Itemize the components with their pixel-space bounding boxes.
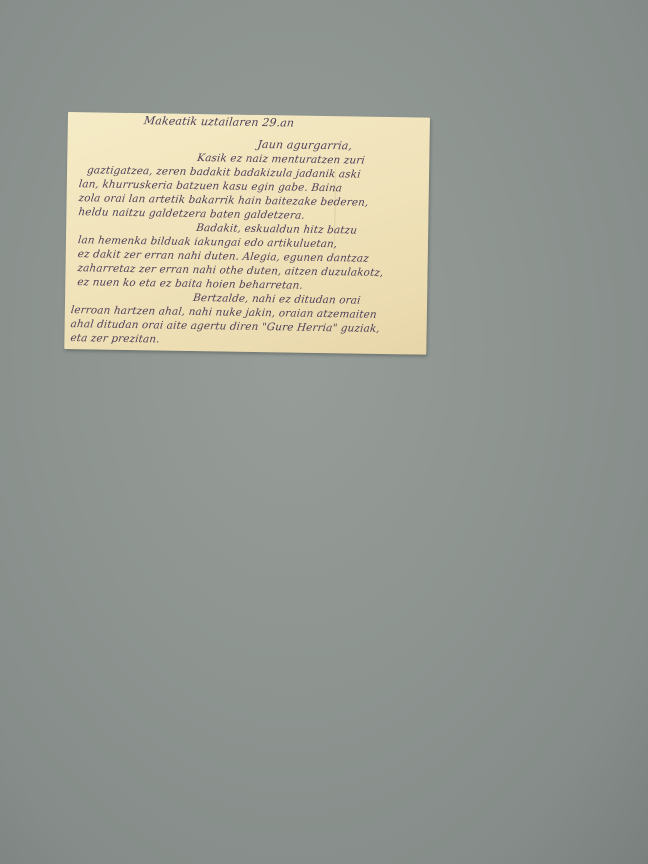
handwritten-postcard: Makeatik uztailaren 29.an Jaun agurgarri… (64, 112, 430, 355)
letter-heading: Makeatik uztailaren 29.an (143, 114, 431, 131)
photograph: Makeatik uztailaren 29.an Jaun agurgarri… (0, 0, 648, 864)
letter-line: Kasik ez naiz menturatzen zuri (197, 152, 430, 168)
letter-line: Bertzalde, nahi ez ditudan orai (192, 292, 427, 308)
letter-salutation: Jaun agurgarria, (257, 138, 431, 154)
letter-line: Badakit, eskualdun hitz batzu (195, 222, 428, 238)
